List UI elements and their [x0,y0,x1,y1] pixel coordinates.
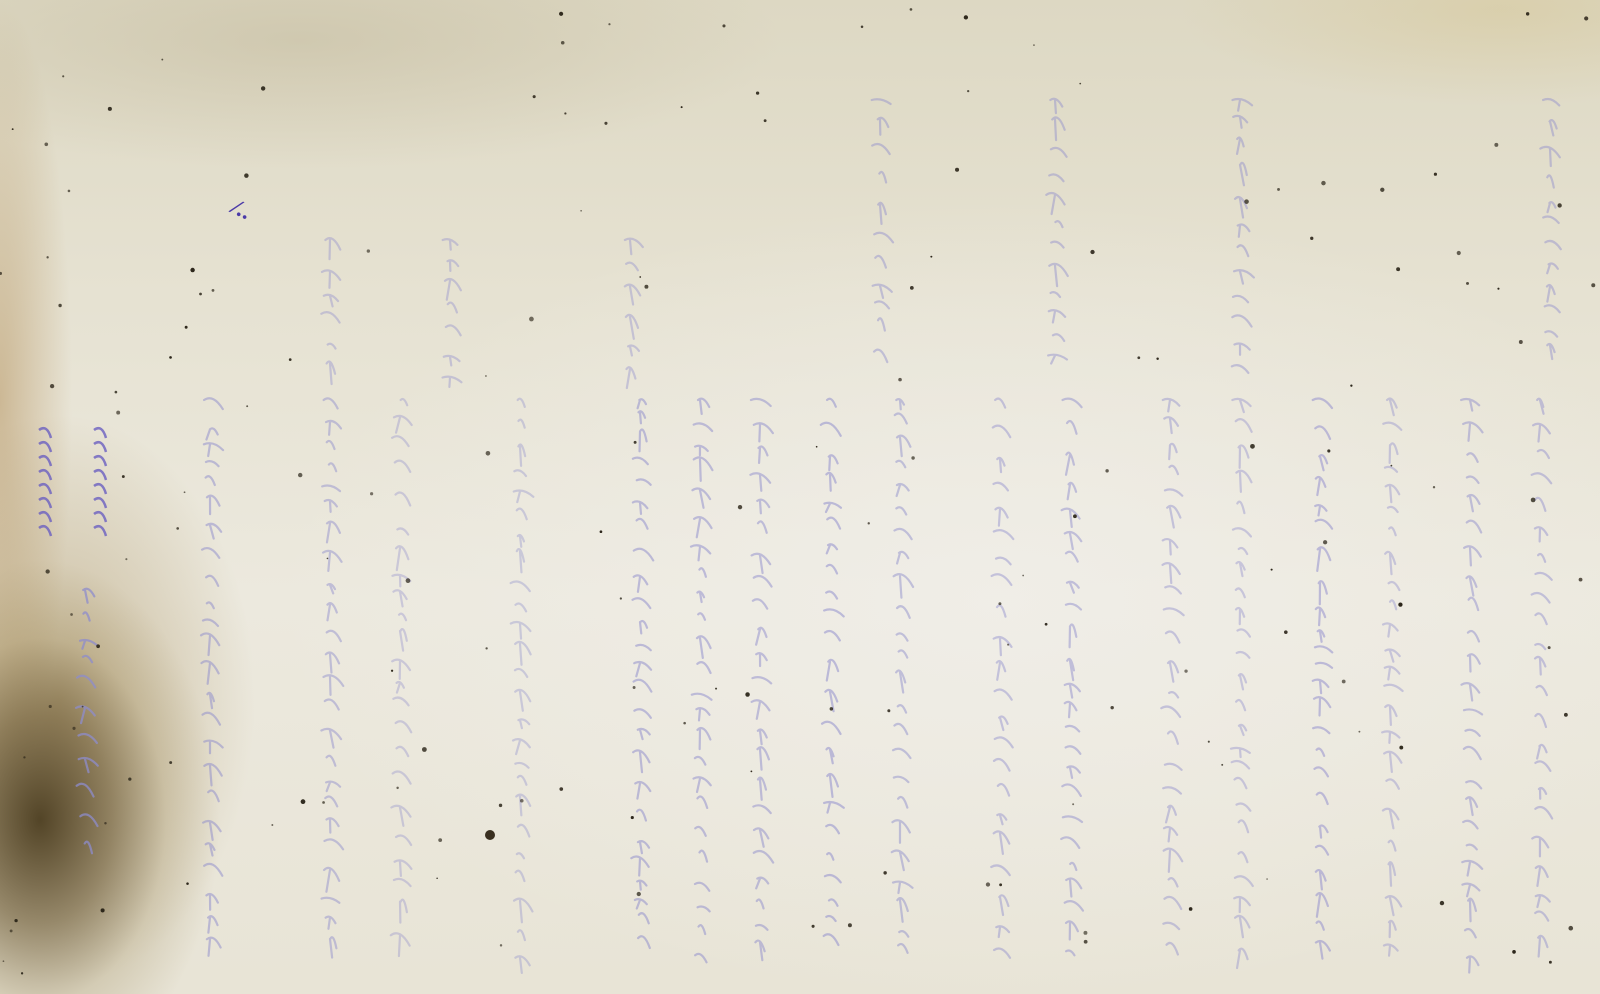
paper-sheet: ⁄‥ [0,0,1600,994]
paper-specks [0,0,1600,994]
